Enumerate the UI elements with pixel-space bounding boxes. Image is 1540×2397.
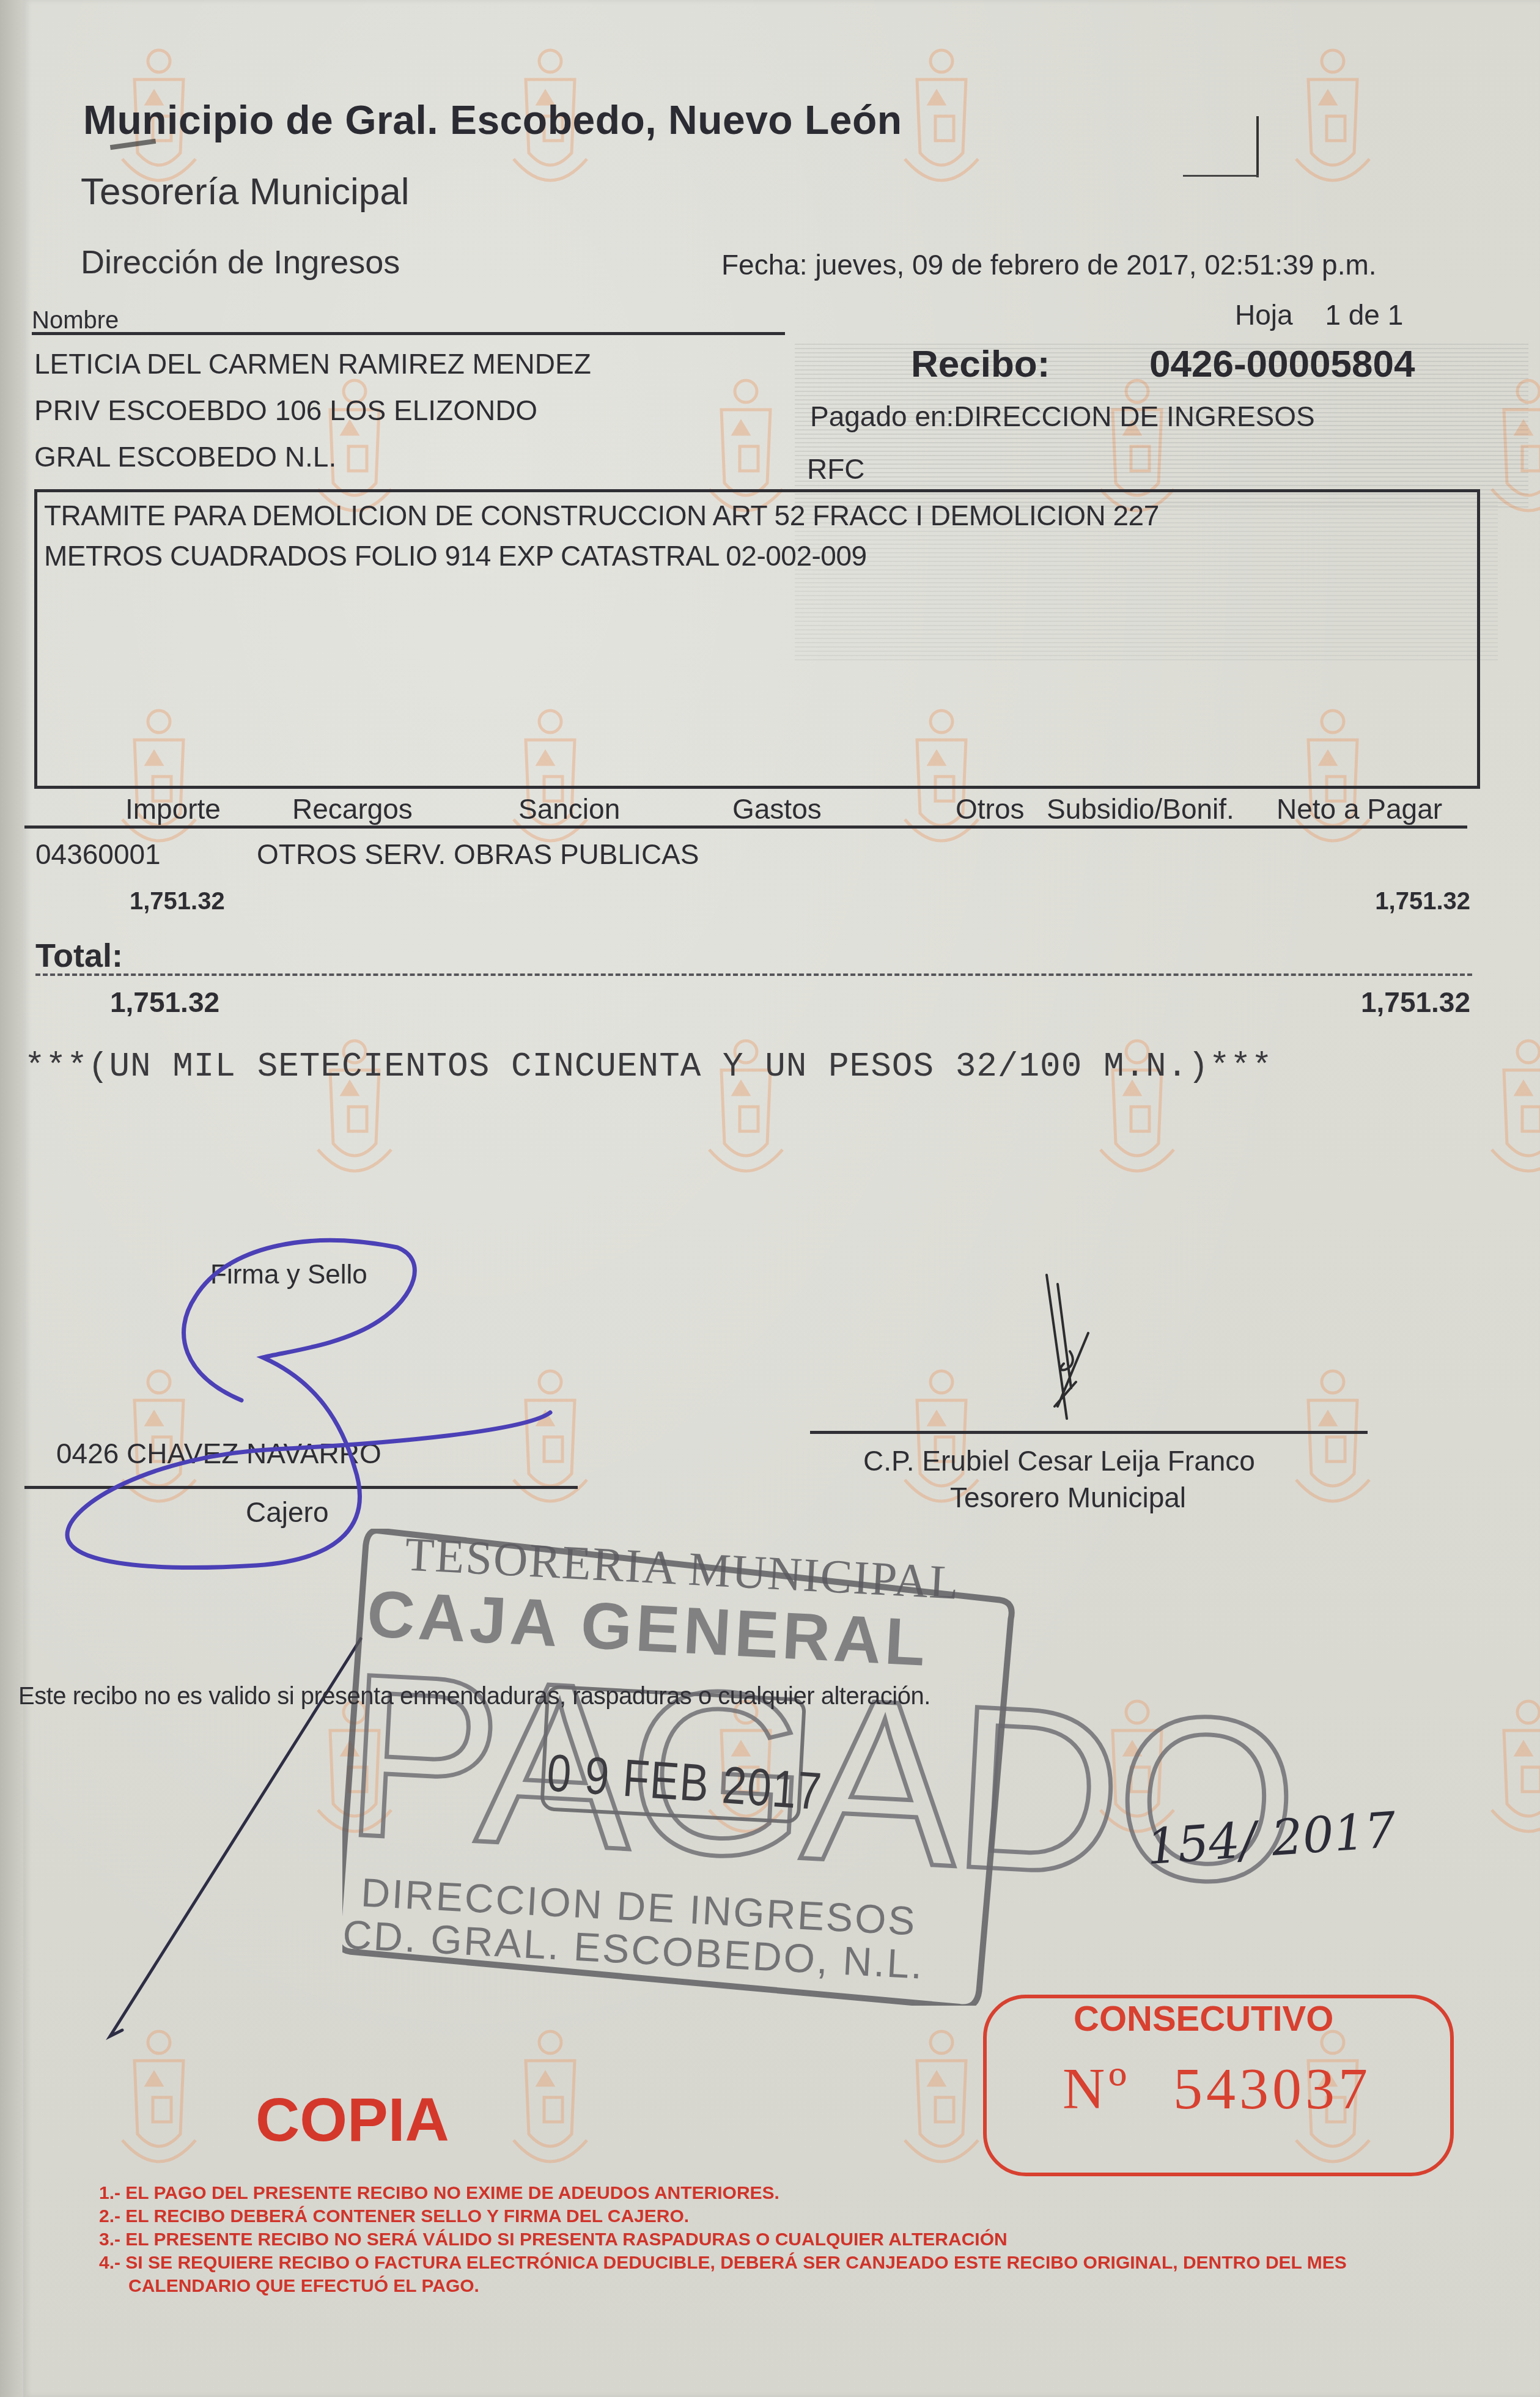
consecutive-number: Nº 543037 xyxy=(1063,2055,1371,2122)
legal-note: 2.- EL RECIBO DEBERÁ CONTENER SELLO Y FI… xyxy=(99,2205,1347,2228)
consecutive-value: 543037 xyxy=(1173,2056,1371,2121)
consecutive-prefix: Nº xyxy=(1063,2056,1130,2121)
legal-note: CALENDARIO QUE EFECTUÓ EL PAGO. xyxy=(99,2275,1347,2298)
validity-notice: Este recibo no es valido si presenta enm… xyxy=(18,1683,930,1710)
consecutive-label: CONSECUTIVO xyxy=(1074,1998,1333,2039)
cashier-signature xyxy=(67,1241,550,1568)
copy-label: COPIA xyxy=(256,2085,449,2155)
legal-note: 4.- SI SE REQUIERE RECIBO O FACTURA ELEC… xyxy=(99,2251,1347,2275)
legal-notes: 1.- EL PAGO DEL PRESENTE RECIBO NO EXIME… xyxy=(99,2182,1347,2298)
legal-note: 1.- EL PAGO DEL PRESENTE RECIBO NO EXIME… xyxy=(99,2182,1347,2205)
legal-note: 3.- EL PRESENTE RECIBO NO SERÁ VÁLIDO SI… xyxy=(99,2228,1347,2251)
treasurer-signature xyxy=(1047,1275,1088,1419)
